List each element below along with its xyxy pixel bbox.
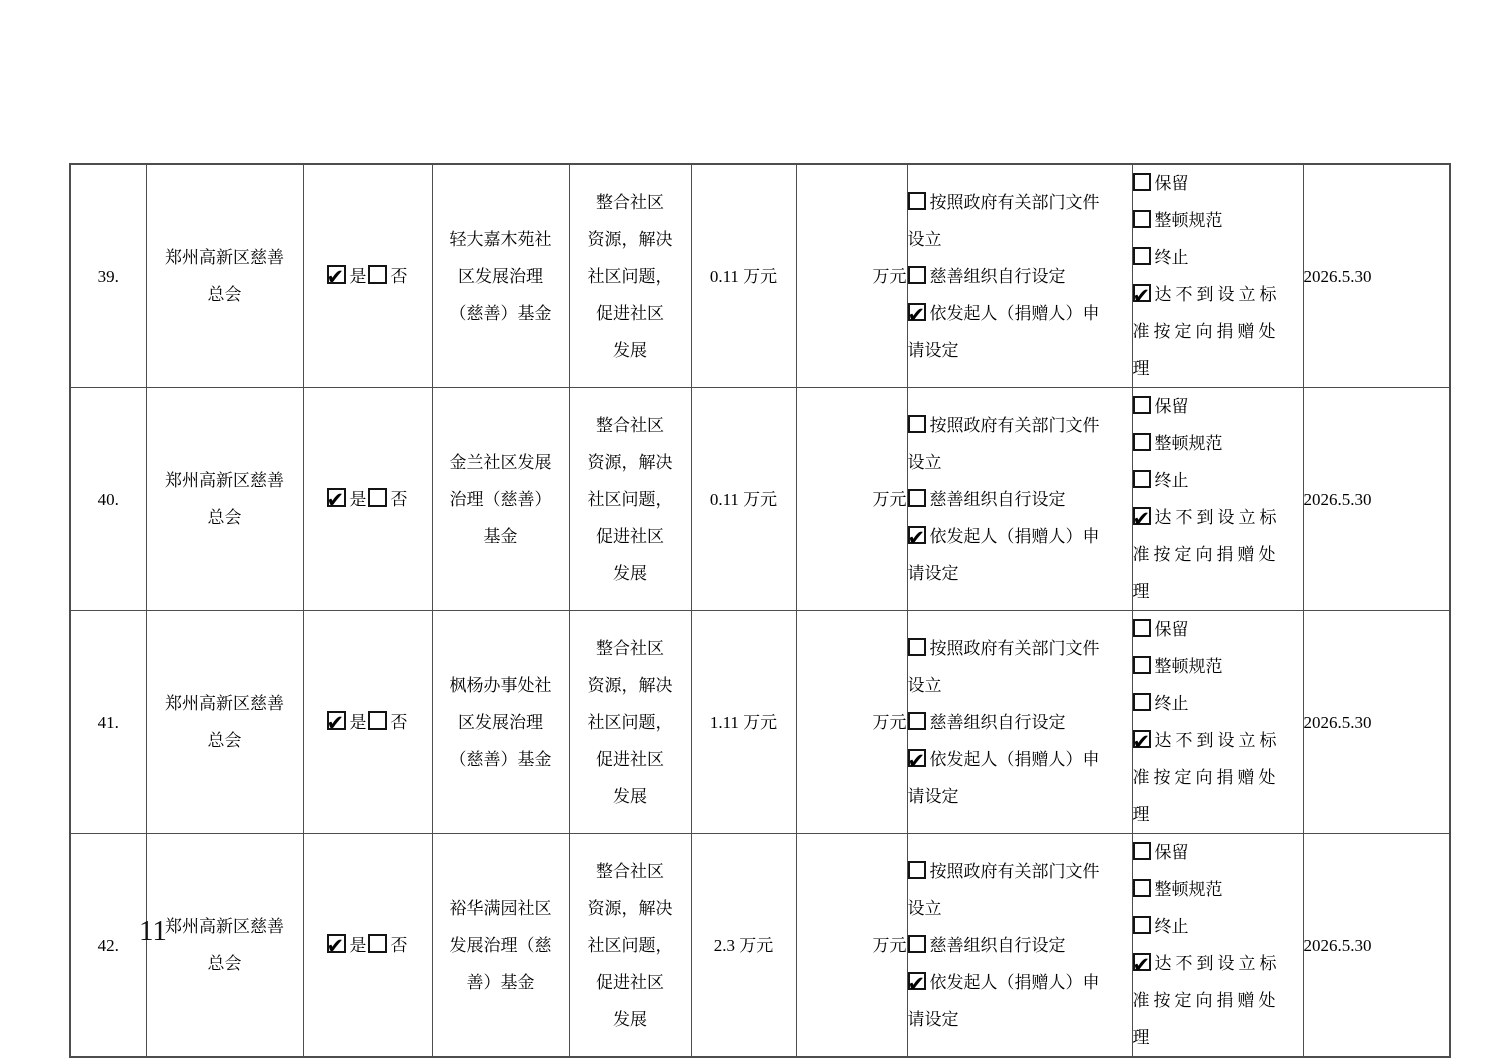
date-cell: 2026.5.30 <box>1303 834 1450 1058</box>
amount-cell: 1.11 万元 <box>691 611 796 834</box>
table-row: 39. 郑州高新区慈善 总会 是否 轻大嘉木苑社 区发展治理 （慈善）基金 整合… <box>70 164 1450 388</box>
option-checkbox-icon <box>1133 730 1151 748</box>
disposition-option: 达不到设立标 准按定向捐赠处 理 <box>1133 499 1303 610</box>
yes-label: 是 <box>350 936 368 955</box>
unit-cell: 万元 <box>796 164 907 388</box>
purpose-cell: 整合社区 资源，解决 社区问题， 促进社区 发展 <box>569 611 691 834</box>
setup-option: 慈善组织自行设定 <box>908 481 1132 518</box>
unit-cell: 万元 <box>796 388 907 611</box>
date-value: 2026.5.30 <box>1304 936 1372 955</box>
option-checkbox-icon <box>908 192 926 210</box>
registered-yes-no-cell: 是否 <box>303 611 432 834</box>
option-label: 终止 <box>1155 248 1189 267</box>
no-label: 否 <box>391 490 409 509</box>
purpose-text: 整合社区 资源，解决 社区问题， 促进社区 发展 <box>588 193 673 360</box>
unit-label: 万元 <box>873 936 907 955</box>
org-name-cell: 郑州高新区慈善 总会 <box>146 388 303 611</box>
disposition-option: 达不到设立标 准按定向捐赠处 理 <box>1133 722 1303 833</box>
amount-cell: 0.11 万元 <box>691 388 796 611</box>
table-row: 41. 郑州高新区慈善 总会 是否 枫杨办事处社 区发展治理 （慈善）基金 整合… <box>70 611 1450 834</box>
row-number: 41. <box>98 713 119 732</box>
option-checkbox-icon <box>1133 396 1151 414</box>
fund-name: 轻大嘉木苑社 区发展治理 （慈善）基金 <box>450 230 552 323</box>
option-label: 依发起人（捐赠人）申 请设定 <box>908 304 1100 360</box>
option-label: 达不到设立标 准按定向捐赠处 理 <box>1133 508 1281 601</box>
option-checkbox-icon <box>908 935 926 953</box>
option-label: 慈善组织自行设定 <box>930 490 1066 509</box>
option-label: 依发起人（捐赠人）申 请设定 <box>908 527 1100 583</box>
row-number: 40. <box>98 490 119 509</box>
option-checkbox-icon <box>908 749 926 767</box>
row-number-cell: 40. <box>70 388 146 611</box>
amount-value: 0.11 万元 <box>710 267 777 286</box>
option-checkbox-icon <box>1133 507 1151 525</box>
fund-name-cell: 裕华满园社区 发展治理（慈 善）基金 <box>432 834 569 1058</box>
option-checkbox-icon <box>1133 656 1151 674</box>
fund-name: 裕华满园社区 发展治理（慈 善）基金 <box>450 899 552 992</box>
option-label: 保留 <box>1155 620 1189 639</box>
option-checkbox-icon <box>1133 693 1151 711</box>
date-cell: 2026.5.30 <box>1303 164 1450 388</box>
setup-option: 慈善组织自行设定 <box>908 704 1132 741</box>
setup-option: 按照政府有关部门文件 设立 <box>908 630 1132 704</box>
org-name: 郑州高新区慈善 总会 <box>165 917 284 973</box>
option-label: 整顿规范 <box>1155 211 1223 230</box>
disposition-option: 终止 <box>1133 462 1303 499</box>
option-checkbox-icon <box>1133 210 1151 228</box>
option-label: 终止 <box>1155 917 1189 936</box>
amount-cell: 2.3 万元 <box>691 834 796 1058</box>
option-checkbox-icon <box>1133 433 1151 451</box>
option-checkbox-icon <box>908 712 926 730</box>
no-checkbox-icon <box>368 265 387 284</box>
option-checkbox-icon <box>1133 619 1151 637</box>
disposition-option: 整顿规范 <box>1133 425 1303 462</box>
option-checkbox-icon <box>1133 173 1151 191</box>
fund-name: 枫杨办事处社 区发展治理 （慈善）基金 <box>450 676 552 769</box>
option-checkbox-icon <box>908 415 926 433</box>
disposition-option: 终止 <box>1133 908 1303 945</box>
setup-method-cell: 按照政府有关部门文件 设立 慈善组织自行设定 依发起人（捐赠人）申 请设定 <box>907 164 1132 388</box>
option-label: 整顿规范 <box>1155 657 1223 676</box>
org-name-cell: 郑州高新区慈善 总会 <box>146 164 303 388</box>
registered-yes-no-cell: 是否 <box>303 164 432 388</box>
amount-value: 2.3 万元 <box>714 936 774 955</box>
option-checkbox-icon <box>908 266 926 284</box>
option-label: 保留 <box>1155 843 1189 862</box>
option-label: 整顿规范 <box>1155 880 1223 899</box>
amount-value: 0.11 万元 <box>710 490 777 509</box>
org-name-cell: 郑州高新区慈善 总会 <box>146 611 303 834</box>
fund-name-cell: 枫杨办事处社 区发展治理 （慈善）基金 <box>432 611 569 834</box>
setup-option: 按照政府有关部门文件 设立 <box>908 407 1132 481</box>
option-checkbox-icon <box>1133 953 1151 971</box>
row-number-cell: 39. <box>70 164 146 388</box>
unit-cell: 万元 <box>796 611 907 834</box>
charity-funds-table: 39. 郑州高新区慈善 总会 是否 轻大嘉木苑社 区发展治理 （慈善）基金 整合… <box>69 163 1451 1058</box>
no-checkbox-icon <box>368 711 387 730</box>
option-label: 慈善组织自行设定 <box>930 936 1066 955</box>
setup-method-cell: 按照政府有关部门文件 设立 慈善组织自行设定 依发起人（捐赠人）申 请设定 <box>907 611 1132 834</box>
setup-option: 慈善组织自行设定 <box>908 258 1132 295</box>
disposition-option: 保留 <box>1133 388 1303 425</box>
disposition-option: 保留 <box>1133 611 1303 648</box>
option-checkbox-icon <box>1133 842 1151 860</box>
setup-option: 依发起人（捐赠人）申 请设定 <box>908 518 1132 592</box>
amount-value: 1.11 万元 <box>710 713 777 732</box>
option-label: 终止 <box>1155 471 1189 490</box>
disposition-cell: 保留 整顿规范 终止 达不到设立标 准按定向捐赠处 理 <box>1132 834 1303 1058</box>
registered-yes-no-cell: 是否 <box>303 388 432 611</box>
disposition-option: 终止 <box>1133 239 1303 276</box>
option-label: 慈善组织自行设定 <box>930 713 1066 732</box>
option-checkbox-icon <box>908 638 926 656</box>
row-number-cell: 42. <box>70 834 146 1058</box>
setup-option: 依发起人（捐赠人）申 请设定 <box>908 964 1132 1038</box>
document-page: 39. 郑州高新区慈善 总会 是否 轻大嘉木苑社 区发展治理 （慈善）基金 整合… <box>0 0 1500 1060</box>
purpose-cell: 整合社区 资源，解决 社区问题， 促进社区 发展 <box>569 388 691 611</box>
disposition-cell: 保留 整顿规范 终止 达不到设立标 准按定向捐赠处 理 <box>1132 611 1303 834</box>
option-label: 依发起人（捐赠人）申 请设定 <box>908 750 1100 806</box>
no-checkbox-icon <box>368 934 387 953</box>
date-value: 2026.5.30 <box>1304 490 1372 509</box>
option-checkbox-icon <box>1133 916 1151 934</box>
yes-checkbox-icon <box>327 711 346 730</box>
purpose-text: 整合社区 资源，解决 社区问题， 促进社区 发展 <box>588 862 673 1029</box>
row-number-cell: 41. <box>70 611 146 834</box>
option-checkbox-icon <box>908 861 926 879</box>
disposition-option: 终止 <box>1133 685 1303 722</box>
disposition-option: 达不到设立标 准按定向捐赠处 理 <box>1133 276 1303 387</box>
option-checkbox-icon <box>908 972 926 990</box>
option-label: 按照政府有关部门文件 设立 <box>908 639 1100 695</box>
date-cell: 2026.5.30 <box>1303 611 1450 834</box>
fund-name: 金兰社区发展 治理（慈善） 基金 <box>450 453 552 546</box>
disposition-cell: 保留 整顿规范 终止 达不到设立标 准按定向捐赠处 理 <box>1132 388 1303 611</box>
option-label: 达不到设立标 准按定向捐赠处 理 <box>1133 731 1281 824</box>
no-label: 否 <box>391 267 409 286</box>
amount-cell: 0.11 万元 <box>691 164 796 388</box>
setup-option: 按照政府有关部门文件 设立 <box>908 853 1132 927</box>
setup-option: 依发起人（捐赠人）申 请设定 <box>908 295 1132 369</box>
setup-option: 按照政府有关部门文件 设立 <box>908 184 1132 258</box>
table-row: 40. 郑州高新区慈善 总会 是否 金兰社区发展 治理（慈善） 基金 整合社区 … <box>70 388 1450 611</box>
setup-method-cell: 按照政府有关部门文件 设立 慈善组织自行设定 依发起人（捐赠人）申 请设定 <box>907 834 1132 1058</box>
registered-yes-no-cell: 是否 <box>303 834 432 1058</box>
setup-option: 依发起人（捐赠人）申 请设定 <box>908 741 1132 815</box>
unit-label: 万元 <box>873 713 907 732</box>
fund-name-cell: 金兰社区发展 治理（慈善） 基金 <box>432 388 569 611</box>
setup-method-cell: 按照政府有关部门文件 设立 慈善组织自行设定 依发起人（捐赠人）申 请设定 <box>907 388 1132 611</box>
date-cell: 2026.5.30 <box>1303 388 1450 611</box>
no-label: 否 <box>391 713 409 732</box>
purpose-text: 整合社区 资源，解决 社区问题， 促进社区 发展 <box>588 416 673 583</box>
disposition-cell: 保留 整顿规范 终止 达不到设立标 准按定向捐赠处 理 <box>1132 164 1303 388</box>
org-name: 郑州高新区慈善 总会 <box>165 694 284 750</box>
option-label: 依发起人（捐赠人）申 请设定 <box>908 973 1100 1029</box>
option-checkbox-icon <box>1133 879 1151 897</box>
org-name-cell: 郑州高新区慈善 总会 <box>146 834 303 1058</box>
option-label: 按照政府有关部门文件 设立 <box>908 862 1100 918</box>
purpose-cell: 整合社区 资源，解决 社区问题， 促进社区 发展 <box>569 164 691 388</box>
option-checkbox-icon <box>1133 247 1151 265</box>
option-label: 保留 <box>1155 397 1189 416</box>
yes-label: 是 <box>350 267 368 286</box>
org-name: 郑州高新区慈善 总会 <box>165 471 284 527</box>
option-checkbox-icon <box>1133 470 1151 488</box>
purpose-text: 整合社区 资源，解决 社区问题， 促进社区 发展 <box>588 639 673 806</box>
option-label: 达不到设立标 准按定向捐赠处 理 <box>1133 954 1281 1047</box>
disposition-option: 保留 <box>1133 834 1303 871</box>
option-label: 整顿规范 <box>1155 434 1223 453</box>
unit-label: 万元 <box>873 490 907 509</box>
option-checkbox-icon <box>908 303 926 321</box>
option-checkbox-icon <box>1133 284 1151 302</box>
date-value: 2026.5.30 <box>1304 267 1372 286</box>
option-label: 保留 <box>1155 174 1189 193</box>
disposition-option: 整顿规范 <box>1133 871 1303 908</box>
option-checkbox-icon <box>908 526 926 544</box>
yes-checkbox-icon <box>327 488 346 507</box>
option-label: 达不到设立标 准按定向捐赠处 理 <box>1133 285 1281 378</box>
option-label: 按照政府有关部门文件 设立 <box>908 193 1100 249</box>
yes-checkbox-icon <box>327 265 346 284</box>
disposition-option: 达不到设立标 准按定向捐赠处 理 <box>1133 945 1303 1056</box>
option-label: 终止 <box>1155 694 1189 713</box>
setup-option: 慈善组织自行设定 <box>908 927 1132 964</box>
table-row: 42. 郑州高新区慈善 总会 是否 裕华满园社区 发展治理（慈 善）基金 整合社… <box>70 834 1450 1058</box>
no-checkbox-icon <box>368 488 387 507</box>
disposition-option: 整顿规范 <box>1133 202 1303 239</box>
page-number: 11 <box>139 915 167 948</box>
org-name: 郑州高新区慈善 总会 <box>165 248 284 304</box>
yes-checkbox-icon <box>327 934 346 953</box>
row-number: 42. <box>98 936 119 955</box>
fund-name-cell: 轻大嘉木苑社 区发展治理 （慈善）基金 <box>432 164 569 388</box>
option-label: 慈善组织自行设定 <box>930 267 1066 286</box>
yes-label: 是 <box>350 490 368 509</box>
disposition-option: 保留 <box>1133 165 1303 202</box>
row-number: 39. <box>98 267 119 286</box>
option-checkbox-icon <box>908 489 926 507</box>
unit-label: 万元 <box>873 267 907 286</box>
disposition-option: 整顿规范 <box>1133 648 1303 685</box>
option-label: 按照政府有关部门文件 设立 <box>908 416 1100 472</box>
no-label: 否 <box>391 936 409 955</box>
yes-label: 是 <box>350 713 368 732</box>
date-value: 2026.5.30 <box>1304 713 1372 732</box>
purpose-cell: 整合社区 资源，解决 社区问题， 促进社区 发展 <box>569 834 691 1058</box>
unit-cell: 万元 <box>796 834 907 1058</box>
